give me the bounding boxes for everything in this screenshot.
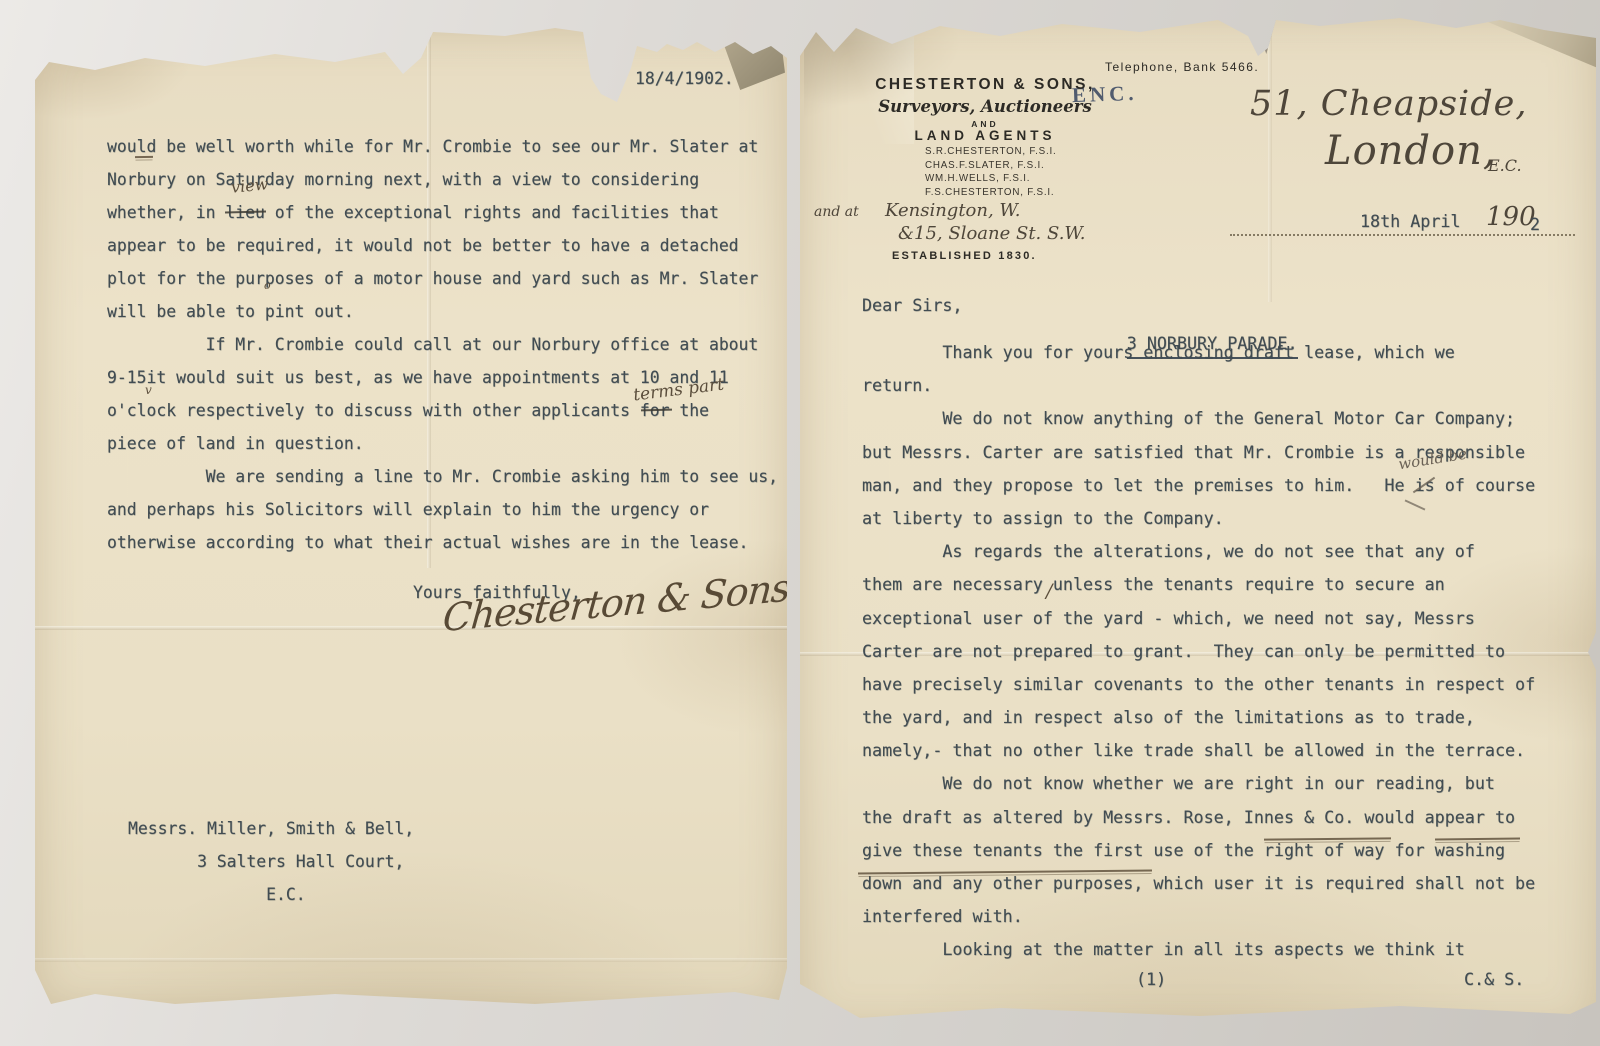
letterhead-branch: &15, Sloane St. S.W. <box>898 223 1086 244</box>
right-letter-body: Thank you for yours enclosing draft leas… <box>862 339 1535 970</box>
letterhead-address-line1: 51, Cheapside, <box>1250 84 1528 124</box>
recipient-line: 3 Salters Hall Court, <box>128 849 414 882</box>
recipient-block: Messrs. Miller, Smith & Bell, 3 Salters … <box>128 816 414 915</box>
typed-line: and perhaps his Solicitors will explain … <box>107 497 778 530</box>
typed-line: Looking at the matter in all its aspects… <box>862 936 1535 969</box>
subject-heading: 3 NORBURY PARADE. <box>862 304 1502 337</box>
letterhead-address-line2: London, <box>1325 128 1497 174</box>
right-letter-page: Telephone, Bank 5466. ENC. CHESTERTON & … <box>800 12 1596 1032</box>
letterhead-and-at: and at <box>814 204 859 220</box>
typed-line: return. <box>862 372 1535 405</box>
partner-name: S.R.CHESTERTON, F.S.I. <box>925 146 1057 160</box>
typed-line: We do not know whether we are right in o… <box>862 770 1535 803</box>
typed-line: namely,- that no other like trade shall … <box>862 737 1535 770</box>
letterhead-telephone: Telephone, Bank 5466. <box>1105 60 1259 74</box>
typed-line: o'clock respectively to discuss with oth… <box>107 398 778 431</box>
handwritten-underline <box>135 156 153 158</box>
partner-name: CHAS.F.SLATER, F.S.I. <box>925 160 1057 174</box>
letterhead-land-agents: LAND AGENTS <box>875 128 1095 143</box>
partner-name: F.S.CHESTERTON, F.S.I. <box>925 187 1057 201</box>
letter-date: 18/4/1902. <box>635 66 734 99</box>
left-letter-page: 18/4/1902. would be well worth while for… <box>35 28 787 1010</box>
handwritten-insertion-mark: / <box>1046 580 1052 602</box>
left-letter-body: would be well worth while for Mr. Crombi… <box>107 134 778 563</box>
page-number: (1) <box>1136 966 1166 999</box>
typed-line: As regards the alterations, we do not se… <box>862 538 1535 571</box>
typed-line: have precisely similar covenants to the … <box>862 671 1535 704</box>
typed-line: the yard, and in respect also of the lim… <box>862 704 1535 737</box>
typed-line: Carter are not prepared to grant. They c… <box>862 638 1535 671</box>
fold-crease <box>35 626 787 630</box>
typed-line: whether, in lieu of the exceptional righ… <box>107 200 778 233</box>
typed-line: Thank you for yours enclosing draft leas… <box>862 339 1535 372</box>
typed-line: the draft as altered by Messrs. Rose, In… <box>862 804 1535 837</box>
typed-line: give these tenants the first use of the … <box>862 837 1535 870</box>
handwritten-correction: o <box>264 279 271 292</box>
typed-line: otherwise according to what their actual… <box>107 530 778 563</box>
date-year-printed: 190 <box>1486 202 1536 232</box>
typed-line: them are necessary unless the tenants re… <box>862 571 1535 604</box>
date-day: 18th April <box>1360 208 1460 241</box>
typed-line: We are sending a line to Mr. Crombie ask… <box>107 464 778 497</box>
handwritten-correction: view <box>230 174 269 197</box>
fold-crease <box>1268 12 1272 302</box>
typed-line: Norbury on Saturday morning next, with a… <box>107 167 778 200</box>
typed-line: interfered with. <box>862 903 1535 936</box>
letterhead-trade-line: Surveyors, Auctioneers <box>875 97 1095 116</box>
typed-line: down and any other purposes, which user … <box>862 870 1535 903</box>
typed-line: would be well worth while for Mr. Crombi… <box>107 134 778 167</box>
typed-line: at liberty to assign to the Company. <box>862 505 1535 538</box>
typed-line: If Mr. Crombie could call at our Norbury… <box>107 332 778 365</box>
typed-line: appear to be required, it would not be b… <box>107 233 778 266</box>
typed-line: We do not know anything of the General M… <box>862 405 1535 438</box>
folded-corner <box>1464 12 1596 72</box>
typed-line: piece of land in question. <box>107 431 778 464</box>
letterhead-address-ec: E.C. <box>1488 156 1522 175</box>
letterhead-partners: S.R.CHESTERTON, F.S.I.CHAS.F.SLATER, F.S… <box>925 146 1057 200</box>
typed-line: exceptional user of the yard - which, we… <box>862 605 1535 638</box>
partner-name: WM.H.WELLS, F.S.I. <box>925 173 1057 187</box>
torn-notch-shadow <box>1252 12 1278 54</box>
recipient-line: Messrs. Miller, Smith & Bell, <box>128 816 414 849</box>
typed-line: plot for the purposes of a motor house a… <box>107 266 778 299</box>
typed-line: will be able to pint out. <box>107 299 778 332</box>
fold-crease <box>35 958 787 962</box>
footer-initials: C.& S. <box>1464 966 1524 999</box>
letterhead-established: ESTABLISHED 1830. <box>892 250 1037 262</box>
photo-background: 18/4/1902. would be well worth while for… <box>0 0 1600 1046</box>
letterhead-firm-name: CHESTERTON & SONS, <box>855 76 1115 94</box>
date-year-written: 2 <box>1530 211 1540 244</box>
handwritten-caret: v <box>145 383 152 397</box>
recipient-line: E.C. <box>128 882 414 915</box>
letterhead-branch: Kensington, W. <box>885 200 1021 221</box>
